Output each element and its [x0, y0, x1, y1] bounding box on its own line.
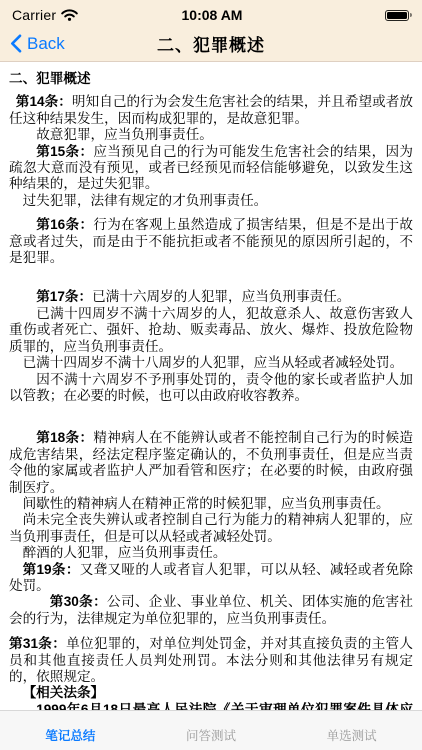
paragraph: 第31条：单位犯罪的，对单位判处罚金，并对其直接负责的主管人员和其他直接责任人员…: [9, 636, 413, 685]
tab-bar: 笔记总结 问答测试 单选测试: [0, 710, 422, 750]
paragraph: 1999年6月18日最高人民法院《关于审理单位犯罪案件具体应用法律有关问题的解释…: [9, 702, 413, 710]
tab-single-choice-test[interactable]: 单选测试: [281, 711, 422, 750]
paragraph: 故意犯罪，应当负刑事责任。: [9, 127, 413, 143]
tab-qa-test[interactable]: 问答测试: [141, 711, 282, 750]
battery-nub: [410, 13, 412, 17]
paragraph: 第18条：精神病人在不能辨认或者不能控制自己行为的时候造成危害结果，经法定程序鉴…: [9, 430, 413, 496]
paragraph: 第19条：又聋又哑的人或者盲人犯罪，可以从轻、减轻或者免除处罚。: [9, 562, 413, 595]
paragraph: 已满十四周岁不满十六周岁的人，犯故意杀人、故意伤害致人重伤或者死亡、强奸、抢劫、…: [9, 306, 413, 355]
status-left: Carrier: [12, 7, 132, 23]
paragraph: 第14条：明知自己的行为会发生危害社会的结果，并且希望或者放任这种结果发生，因而…: [9, 94, 413, 127]
paragraph: 尚未完全丧失辨认或者控制自己行为能力的精神病人犯罪的，应当负刑事责任，但是可以从…: [9, 512, 413, 545]
article-scroll[interactable]: 二、犯罪概述第14条：明知自己的行为会发生危害社会的结果，并且希望或者放任这种结…: [0, 63, 422, 710]
wifi-icon: [61, 9, 78, 21]
battery-icon: [385, 10, 409, 21]
back-label: Back: [27, 34, 65, 54]
carrier-label: Carrier: [12, 7, 56, 23]
paragraph: 过失犯罪，法律有规定的才负刑事责任。: [9, 193, 413, 209]
clock: 10:08 AM: [132, 7, 292, 23]
tab-label: 笔记总结: [45, 726, 95, 744]
paragraph: 醉酒的人犯罪，应当负刑事责任。: [9, 545, 413, 561]
paragraph: 间歇性的精神病人在精神正常的时候犯罪，应当负刑事责任。: [9, 496, 413, 512]
status-right: [292, 10, 412, 21]
tab-notes-summary[interactable]: 笔记总结: [0, 711, 141, 750]
tab-label: 单选测试: [327, 726, 377, 744]
paragraph: 第30条：公司、企业、事业单位、机关、团体实施的危害社会的行为，法律规定为单位犯…: [9, 594, 413, 627]
paragraph: 第15条：应当预见自己的行为可能发生危害社会的结果，因为疏忽大意而没有预见，或者…: [9, 144, 413, 193]
paragraph: 第17条：已满十六周岁的人犯罪，应当负刑事责任。: [9, 289, 413, 305]
tab-label: 问答测试: [186, 726, 236, 744]
top-chrome: Carrier 10:08 AM: [0, 0, 422, 62]
paragraph: 第16条：行为在客观上虽然造成了损害结果，但是不是出于故意或者过失，而是由于不能…: [9, 217, 413, 266]
app-screen: Carrier 10:08 AM: [0, 0, 422, 750]
back-chevron-icon: [10, 34, 22, 53]
paragraph: 二、犯罪概述: [9, 71, 413, 87]
status-bar: Carrier 10:08 AM: [0, 0, 422, 26]
paragraph: 因不满十六周岁不予刑事处罚的，责令他的家长或者监护人加以管教；在必要的时候，也可…: [9, 372, 413, 405]
paragraph: 【相关法条】: [9, 685, 413, 701]
paragraph: 已满十四周岁不满十八周岁的人犯罪，应当从轻或者减轻处罚。: [9, 355, 413, 371]
article-text: 二、犯罪概述第14条：明知自己的行为会发生危害社会的结果，并且希望或者放任这种结…: [9, 71, 413, 710]
nav-bar: Back 二、犯罪概述: [0, 26, 422, 61]
back-button[interactable]: Back: [10, 26, 65, 61]
